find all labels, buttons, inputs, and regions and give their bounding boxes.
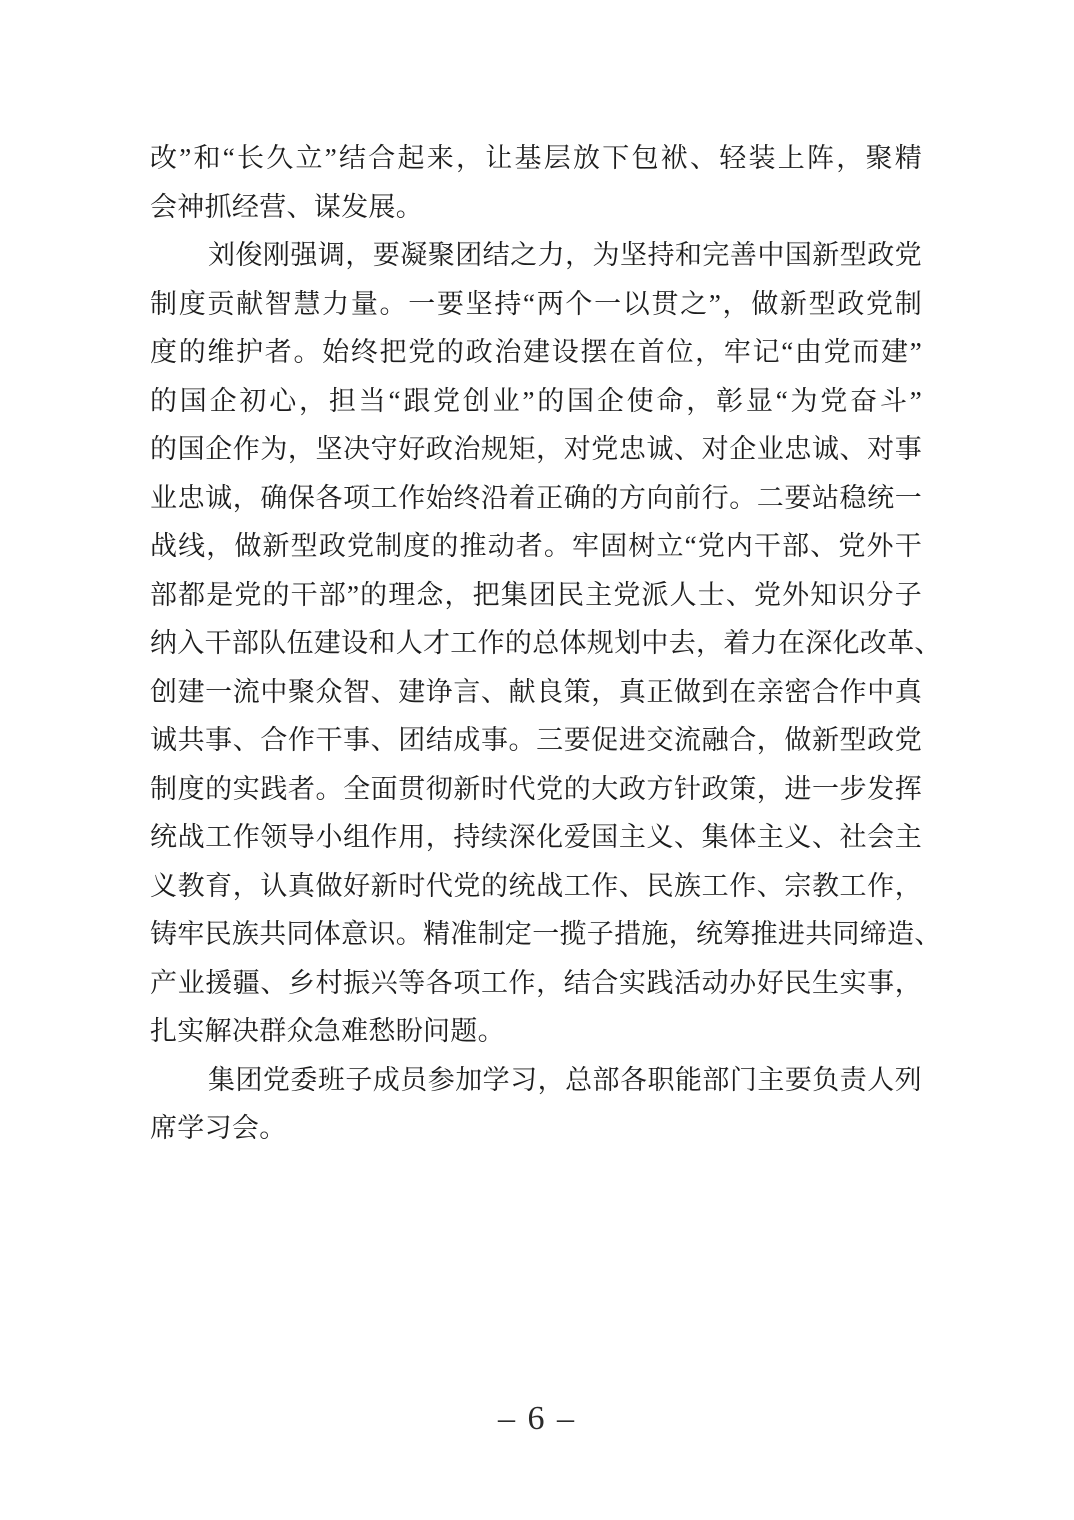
text-line: 会神抓经营、谋发展。 (150, 183, 922, 232)
text-line: 纳入干部队伍建设和人才工作的总体规划中去，着力在深化改革、 (150, 619, 922, 668)
text-line: 改”和“长久立”结合起来，让基层放下包袱、轻装上阵，聚精 (150, 134, 922, 183)
text-line: 铸牢民族共同体意识。精准制定一揽子措施，统筹推进共同缔造、 (150, 910, 922, 959)
text-line: 义教育，认真做好新时代党的统战工作、民族工作、宗教工作， (150, 862, 922, 911)
text-line: 的国企作为，坚决守好政治规矩，对党忠诚、对企业忠诚、对事 (150, 425, 922, 474)
text-line: 统战工作领导小组作用，持续深化爱国主义、集体主义、社会主 (150, 813, 922, 862)
text-line: 创建一流中聚众智、建诤言、献良策，真正做到在亲密合作中真 (150, 668, 922, 717)
page-number: – 6 – (498, 1400, 576, 1437)
document-body: 改”和“长久立”结合起来，让基层放下包袱、轻装上阵，聚精会神抓经营、谋发展。刘俊… (150, 134, 922, 1153)
text-line: 席学习会。 (150, 1104, 922, 1153)
text-line: 刘俊刚强调，要凝聚团结之力，为坚持和完善中国新型政党 (150, 231, 922, 280)
text-line: 诚共事、合作干事、团结成事。三要促进交流融合，做新型政党 (150, 716, 922, 765)
text-line: 制度的实践者。全面贯彻新时代党的大政方针政策，进一步发挥 (150, 765, 922, 814)
text-line: 制度贡献智慧力量。一要坚持“两个一以贯之”，做新型政党制 (150, 280, 922, 329)
document-page: 改”和“长久立”结合起来，让基层放下包袱、轻装上阵，聚精会神抓经营、谋发展。刘俊… (0, 0, 1074, 1520)
text-line: 扎实解决群众急难愁盼问题。 (150, 1007, 922, 1056)
text-line: 业忠诚，确保各项工作始终沿着正确的方向前行。二要站稳统一 (150, 474, 922, 523)
text-line: 的国企初心，担当“跟党创业”的国企使命，彰显“为党奋斗” (150, 377, 922, 426)
text-line: 部都是党的干部”的理念，把集团民主党派人士、党外知识分子 (150, 571, 922, 620)
page-footer: – 6 – (0, 1398, 1074, 1440)
text-line: 产业援疆、乡村振兴等各项工作，结合实践活动办好民生实事， (150, 959, 922, 1008)
text-line: 集团党委班子成员参加学习，总部各职能部门主要负责人列 (150, 1056, 922, 1105)
text-line: 战线，做新型政党制度的推动者。牢固树立“党内干部、党外干 (150, 522, 922, 571)
text-line: 度的维护者。始终把党的政治建设摆在首位，牢记“由党而建” (150, 328, 922, 377)
